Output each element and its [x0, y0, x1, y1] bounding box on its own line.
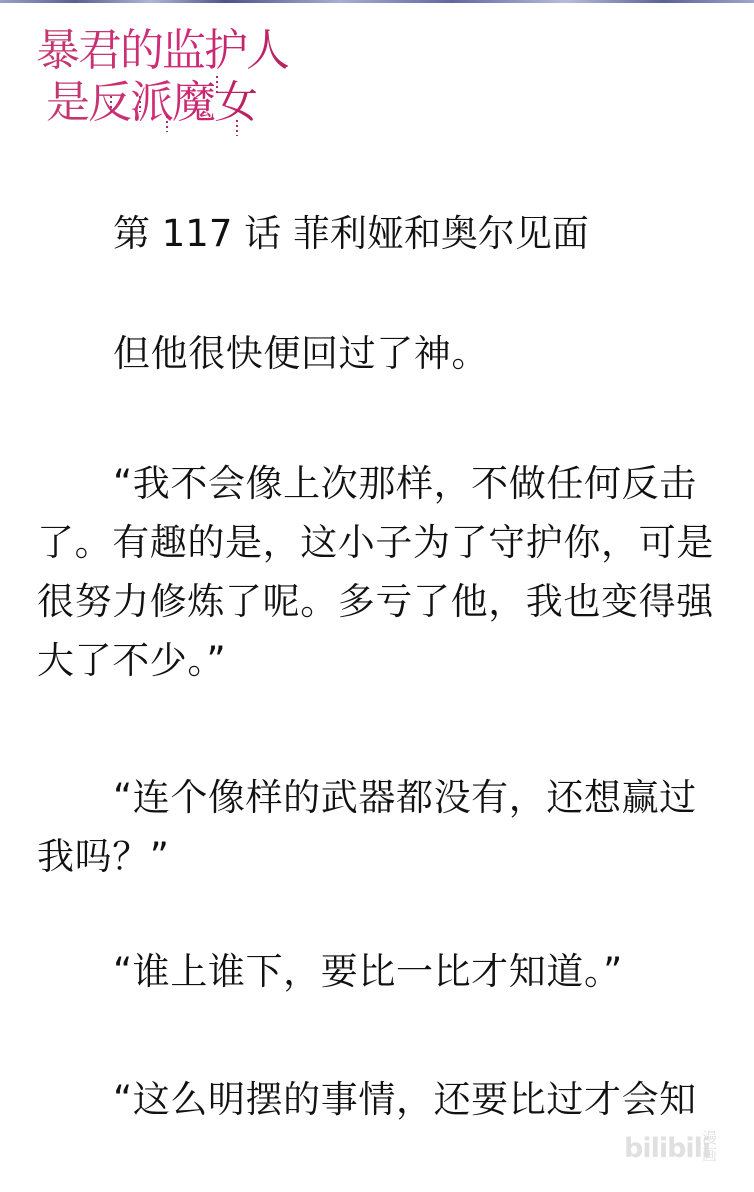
paragraph: “谁上谁下，要比一比才知道。”: [37, 942, 721, 1001]
paragraph: “连个像样的武器都没有，还想赢过我吗？”: [37, 768, 721, 886]
logo-ornament-dots: [110, 96, 112, 112]
chapter-title: 第 117 话 菲利娅和奥尔见面: [37, 204, 721, 263]
logo-title-line-2: 是反派魔女: [46, 78, 256, 128]
logo-title-line-1: 暴君的监护人: [36, 26, 288, 76]
paragraph: “我不会像上次那样，不做任何反击了。有趣的是，这小子为了守护你，可是很努力修炼了…: [37, 454, 721, 690]
logo-ornament-dots: [139, 96, 141, 112]
logo-ornament-dots: [216, 76, 218, 92]
paragraph: “这么明摆的事情，还要比过才会知: [37, 1070, 721, 1129]
top-border-strip: [0, 0, 754, 3]
paragraph: 但他很快便回过了神。: [37, 324, 721, 383]
comic-title-logo: 暴君的监护人 是反派魔女: [36, 26, 266, 136]
logo-ornament-dots: [236, 120, 238, 136]
bilibili-logo-text: bilibili: [624, 1134, 710, 1164]
bilibili-manga-watermark: bilibili 漫画: [624, 1128, 724, 1168]
manhua-label: 漫画: [702, 1130, 722, 1164]
logo-ornament-dots: [166, 116, 168, 132]
